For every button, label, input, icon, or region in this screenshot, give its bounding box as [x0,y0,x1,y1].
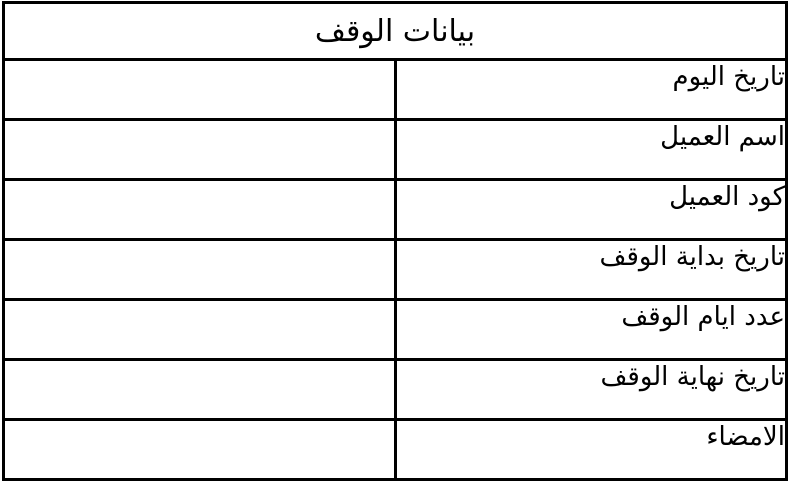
label-suspension-start-date: تاريخ بداية الوقف [395,240,787,300]
field-suspension-days-count[interactable] [4,300,396,360]
title-row: بيانات الوقف [4,3,787,60]
field-suspension-start-date[interactable] [4,240,396,300]
field-client-name[interactable] [4,120,396,180]
label-suspension-days-count: عدد ايام الوقف [395,300,787,360]
label-today-date: تاريخ اليوم [395,60,787,120]
label-signature: الامضاء [395,420,787,480]
field-signature[interactable] [4,420,396,480]
label-suspension-end-date: تاريخ نهاية الوقف [395,360,787,420]
waqf-form-table: بيانات الوقف تاريخ اليوم اسم العميل كود … [2,1,788,481]
table-row: اسم العميل [4,120,787,180]
table-row: تاريخ اليوم [4,60,787,120]
table-row: كود العميل [4,180,787,240]
table-row: الامضاء [4,420,787,480]
label-client-code: كود العميل [395,180,787,240]
table-row: تاريخ بداية الوقف [4,240,787,300]
table-row: عدد ايام الوقف [4,300,787,360]
field-suspension-end-date[interactable] [4,360,396,420]
table-row: تاريخ نهاية الوقف [4,360,787,420]
label-client-name: اسم العميل [395,120,787,180]
form-title: بيانات الوقف [4,3,787,60]
field-client-code[interactable] [4,180,396,240]
field-today-date[interactable] [4,60,396,120]
